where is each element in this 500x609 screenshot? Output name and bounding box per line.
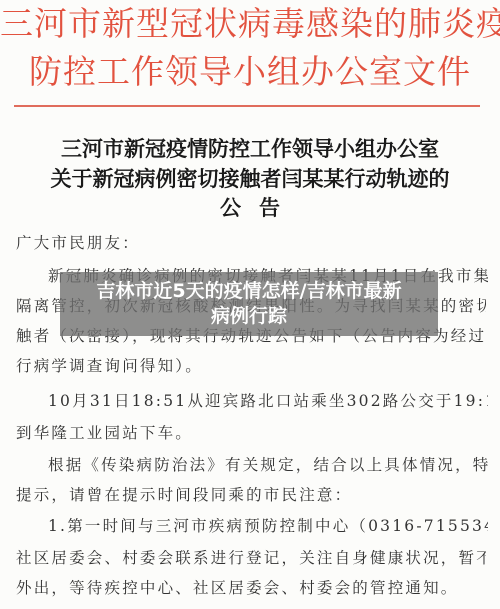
- letterhead-line-2: 防控工作领导小组办公室文件: [0, 52, 500, 92]
- body-paragraph-3-line-2: 提示，请曾在提示时间段同乘的市民注意：: [16, 485, 486, 505]
- letterhead-line-1: 三河市新型冠状病毒感染的肺炎疫情: [0, 4, 500, 44]
- body-paragraph-2-line-2: 到华隆工业园站下车。: [16, 423, 486, 443]
- notice-title-line-2: 关于新冠病例密切接触者闫某某行动轨迹的: [0, 166, 500, 192]
- headline-overlay-line-1: 吉林市近5天的疫情怎样/吉林市最新: [96, 279, 401, 304]
- body-paragraph-4-line-1: 1.第一时间与三河市疾病预防控制中心（0316-7155343）、: [48, 516, 488, 536]
- body-paragraph-3-line-1: 根据《传染病防治法》有关规定，结合以上具体情况，特此: [48, 455, 488, 475]
- notice-title-line-1: 三河市新冠疫情防控工作领导小组办公室: [0, 136, 500, 162]
- body-paragraph-2-line-1: 10月31日18:51从迎宾路北口站乘坐302路公交于19:13: [48, 391, 488, 411]
- headline-overlay-line-2: 病例行踪: [211, 304, 287, 329]
- salutation: 广大市民朋友：: [16, 233, 486, 253]
- body-paragraph-4-line-2: 社区居委会、村委会联系进行登记，关注自身健康状况，暂不要: [16, 548, 486, 568]
- notice-title-gonggao: 公告: [0, 195, 500, 221]
- body-paragraph-1-line-4: 行病学调查询问得知）。: [16, 356, 486, 376]
- body-paragraph-4-line-3: 外出，等待疾控中心、社区居委会、村委会的管控通知。: [16, 578, 486, 598]
- letterhead-red-rule: [14, 105, 480, 107]
- headline-overlay-banner: 吉林市近5天的疫情怎样/吉林市最新 病例行踪: [60, 272, 438, 336]
